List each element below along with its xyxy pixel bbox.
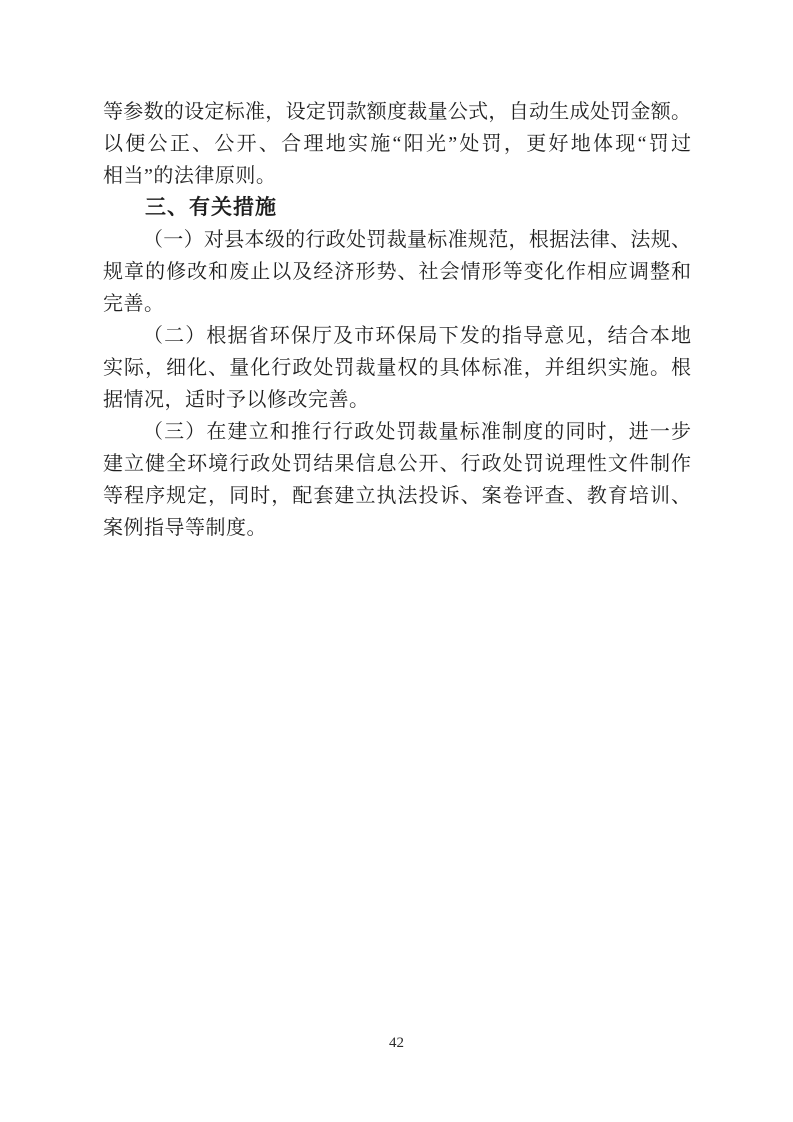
measure-3-line: 等程序规定，同时，配套建立执法投诉、案卷评查、教育培训、	[103, 480, 691, 512]
page-number: 42	[389, 1035, 404, 1051]
page-footer: 42	[0, 1034, 793, 1052]
measure-2-line: 实际，细化、量化行政处罚裁量权的具体标准，并组织实施。根	[103, 352, 691, 384]
measure-3-line: （三）在建立和推行行政处罚裁量标准制度的同时，进一步	[103, 416, 691, 448]
measure-2-line: 据情况，适时予以修改完善。	[103, 384, 691, 416]
measure-2-line: （二）根据省环保厅及市环保局下发的指导意见，结合本地	[103, 320, 691, 352]
section-heading: 三、有关措施	[103, 192, 691, 224]
measure-1-line: （一）对县本级的行政处罚裁量标准规范，根据法律、法规、	[103, 224, 691, 256]
continuation-paragraph-line: 等参数的设定标准，设定罚款额度裁量公式，自动生成处罚金额。	[103, 96, 691, 128]
continuation-paragraph-line: 相当”的法律原则。	[103, 160, 691, 192]
measure-3-line: 案例指导等制度。	[103, 512, 691, 544]
document-body: 等参数的设定标准，设定罚款额度裁量公式，自动生成处罚金额。 以便公正、公开、合理…	[103, 96, 691, 544]
continuation-paragraph-line: 以便公正、公开、合理地实施“阳光”处罚，更好地体现“罚过	[103, 128, 691, 160]
document-page: 等参数的设定标准，设定罚款额度裁量公式，自动生成处罚金额。 以便公正、公开、合理…	[0, 0, 793, 1122]
measure-1-line: 完善。	[103, 288, 691, 320]
measure-1-line: 规章的修改和废止以及经济形势、社会情形等变化作相应调整和	[103, 256, 691, 288]
measure-3-line: 建立健全环境行政处罚结果信息公开、行政处罚说理性文件制作	[103, 448, 691, 480]
